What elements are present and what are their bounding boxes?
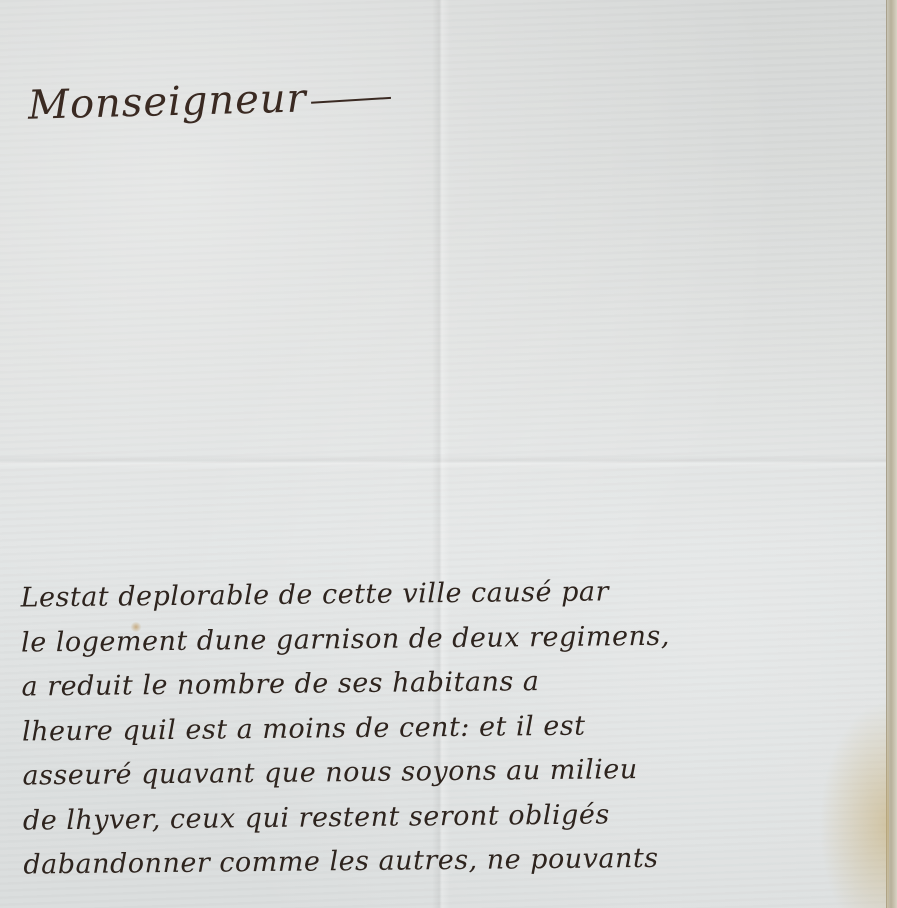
letter-page: Monseigneur Lestat deplorable de cette v… [0,0,897,908]
horizontal-fold-crease [0,455,897,469]
salutation-text: Monseigneur [27,75,307,128]
salutation-flourish [311,97,391,104]
salutation: Monseigneur [27,73,391,128]
letter-body: Lestat deplorable de cette ville causé p… [20,567,885,888]
body-line: dabandonner comme les autres, ne pouvant… [23,834,885,888]
